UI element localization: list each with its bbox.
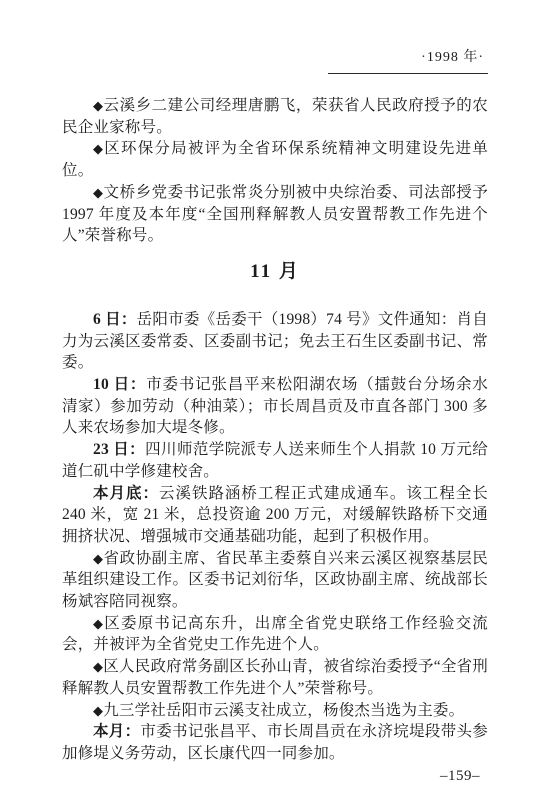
diamond-bullet-icon: ◆: [93, 703, 103, 718]
section-title-november: 11 月: [62, 258, 488, 285]
entry-text: 云溪乡二建公司经理唐鹏飞，荣获省人民政府授予的农民企业家称号。: [62, 97, 488, 136]
entry-paragraph: ◆云溪乡二建公司经理唐鹏飞，荣获省人民政府授予的农民企业家称号。: [62, 95, 488, 138]
entry-paragraph: ◆九三学社岳阳市云溪支社成立，杨俊杰当选为主委。: [62, 700, 488, 722]
book-page: ·1998 年· ◆云溪乡二建公司经理唐鹏飞，荣获省人民政府授予的农民企业家称号…: [0, 0, 548, 793]
diamond-bullet-icon: ◆: [93, 551, 104, 566]
entry-paragraph: ◆文桥乡党委书记张常炎分别被中央综治委、司法部授予 1997 年度及本年度“全国…: [62, 182, 488, 247]
entry-paragraph: ◆区委原书记高东升，出席全省党史联络工作经验交流会，并被评为全省党史工作先进个人…: [62, 613, 488, 656]
page-content: ◆云溪乡二建公司经理唐鹏飞，荣获省人民政府授予的农民企业家称号。 ◆区环保分局被…: [62, 95, 488, 765]
entry-text: 区人民政府常务副区长孙山青，被省综治委授予“全省刑释解教人员安置帮教工作先进个人…: [62, 658, 488, 697]
header-year-label: ·1998 年·: [421, 49, 488, 66]
entry-paragraph: ◆省政协副主席、省民革主委蔡自兴来云溪区视察基层民革组织建设工作。区委书记刘衍华…: [62, 548, 488, 613]
entry-date-label: 23 日：: [93, 441, 145, 458]
entry-date-label: 本月：: [93, 723, 140, 740]
entry-text: 文桥乡党委书记张常炎分别被中央综治委、司法部授予 1997 年度及本年度“全国刑…: [62, 184, 488, 244]
diamond-bullet-icon: ◆: [93, 185, 104, 200]
entry-date-label: 10 日：: [93, 376, 146, 393]
diamond-bullet-icon: ◆: [93, 141, 104, 156]
diamond-bullet-icon: ◆: [93, 98, 104, 113]
entry-paragraph: 本月底：云溪铁路涵桥工程正式建成通车。该工程全长 240 米，宽 21 米，总投…: [62, 483, 488, 548]
entry-text: 区环保分局被评为全省环保系统精神文明建设先进单位。: [62, 140, 488, 179]
entry-text: 省政协副主席、省民革主委蔡自兴来云溪区视察基层民革组织建设工作。区委书记刘衍华，…: [62, 550, 488, 610]
entry-paragraph: ◆区环保分局被评为全省环保系统精神文明建设先进单位。: [62, 138, 488, 181]
entry-paragraph: 10 日：市委书记张昌平来松阳湖农场（擂鼓台分场余水清家）参加劳动（种油菜）；市…: [62, 374, 488, 439]
diamond-bullet-icon: ◆: [93, 616, 104, 631]
header-divider: [328, 73, 488, 74]
entry-paragraph: 23 日：四川师范学院派专人送来师生个人捐款 10 万元给道仁矶中学修建校舍。: [62, 439, 488, 482]
diamond-bullet-icon: ◆: [93, 659, 103, 674]
entry-text: 九三学社岳阳市云溪支社成立，杨俊杰当选为主委。: [103, 702, 464, 719]
entry-date-label: 6 日：: [93, 311, 137, 328]
entry-paragraph: ◆区人民政府常务副区长孙山青，被省综治委授予“全省刑释解教人员安置帮教工作先进个…: [62, 656, 488, 699]
entry-date-label: 本月底：: [93, 485, 159, 502]
entry-text: 区委原书记高东升，出席全省党史联络工作经验交流会，并被评为全省党史工作先进个人。: [62, 615, 488, 654]
page-number: –159–: [62, 769, 488, 784]
page-header: ·1998 年·: [62, 48, 488, 74]
entry-paragraph: 本月：市委书记张昌平、市长周昌贡在永济垸堤段带头参加修堤义务劳动，区长康代四一同…: [62, 721, 488, 764]
entry-paragraph: 6 日：岳阳市委《岳委干（1998）74 号》文件通知：肖自力为云溪区委常委、区…: [62, 309, 488, 374]
